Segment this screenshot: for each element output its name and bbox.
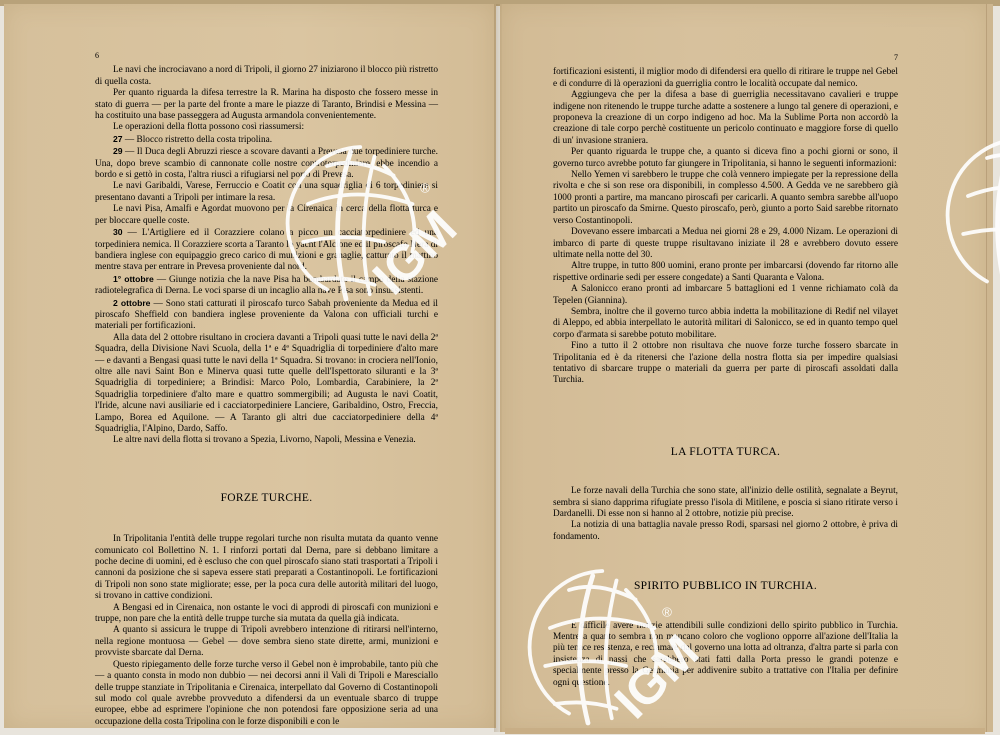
page-stack-edge [986,4,993,732]
paragraph: A quanto si assicura le truppe di Tripol… [95,625,438,659]
svg-text:®: ® [662,605,672,620]
entry-date: 29 [113,146,123,156]
entry-date: 2 ottobre [113,298,150,308]
paragraph: Le altre navi della flotta si trovano a … [95,435,438,446]
paragraph: Questo ripiegamento delle forze turche v… [95,660,438,728]
paragraph: A Salonicco erano pronti ad imbarcare 5 … [553,284,898,307]
entry-text: Blocco ristretto della costa tripolina. [137,135,273,145]
paragraph: Per quanto riguarda la difesa terrestre … [95,88,438,122]
paragraph: Fino a tutto il 2 ottobre non risultava … [553,341,898,387]
paragraph: Aggiungeva che per la difesa a base di g… [553,90,898,147]
paragraph: In Tripolitania l'entità delle truppe re… [95,534,438,602]
paragraph: Altre truppe, in tutto 800 uomini, erano… [553,261,898,284]
page-number: 7 [553,52,898,63]
page-number: 6 [95,50,438,61]
entry-date: 1° ottobre [113,274,154,284]
igm-watermark-globe-icon: IGM ® [270,128,460,318]
paragraph: Le forze navali della Turchia che sono s… [553,486,898,520]
paragraph: Per quanto riguarda le truppe che, a qua… [553,147,898,170]
entry-date: 27 [113,134,123,144]
paragraph: La notizia di una battaglia navale press… [553,520,898,543]
paragraph: fortificazioni esistenti, il miglior mod… [553,67,898,90]
svg-text:®: ® [420,181,430,196]
paragraph: Dovevano essere imbarcati a Medua nei gi… [553,227,898,261]
igm-watermark-globe-icon [930,120,1000,310]
book-spine [494,4,502,732]
paragraph: Nello Yemen vi sarebbero le truppe che c… [553,170,898,227]
paragraph: Alla data del 2 ottobre risultano in cro… [95,333,438,436]
paragraph: Le navi che incrociavano a nord di Tripo… [95,65,438,88]
paragraph: Sembra, inoltre che il governo turco abb… [553,307,898,341]
section-heading-forze-turche: FORZE TURCHE. [95,493,438,504]
paragraph: A Bengasi ed in Cirenaica, non ostante l… [95,603,438,626]
entry-date: 30 [113,227,123,237]
section-heading-flotta-turca: LA FLOTTA TURCA. [553,447,898,458]
igm-watermark-globe-icon: IGM ® [512,552,702,735]
